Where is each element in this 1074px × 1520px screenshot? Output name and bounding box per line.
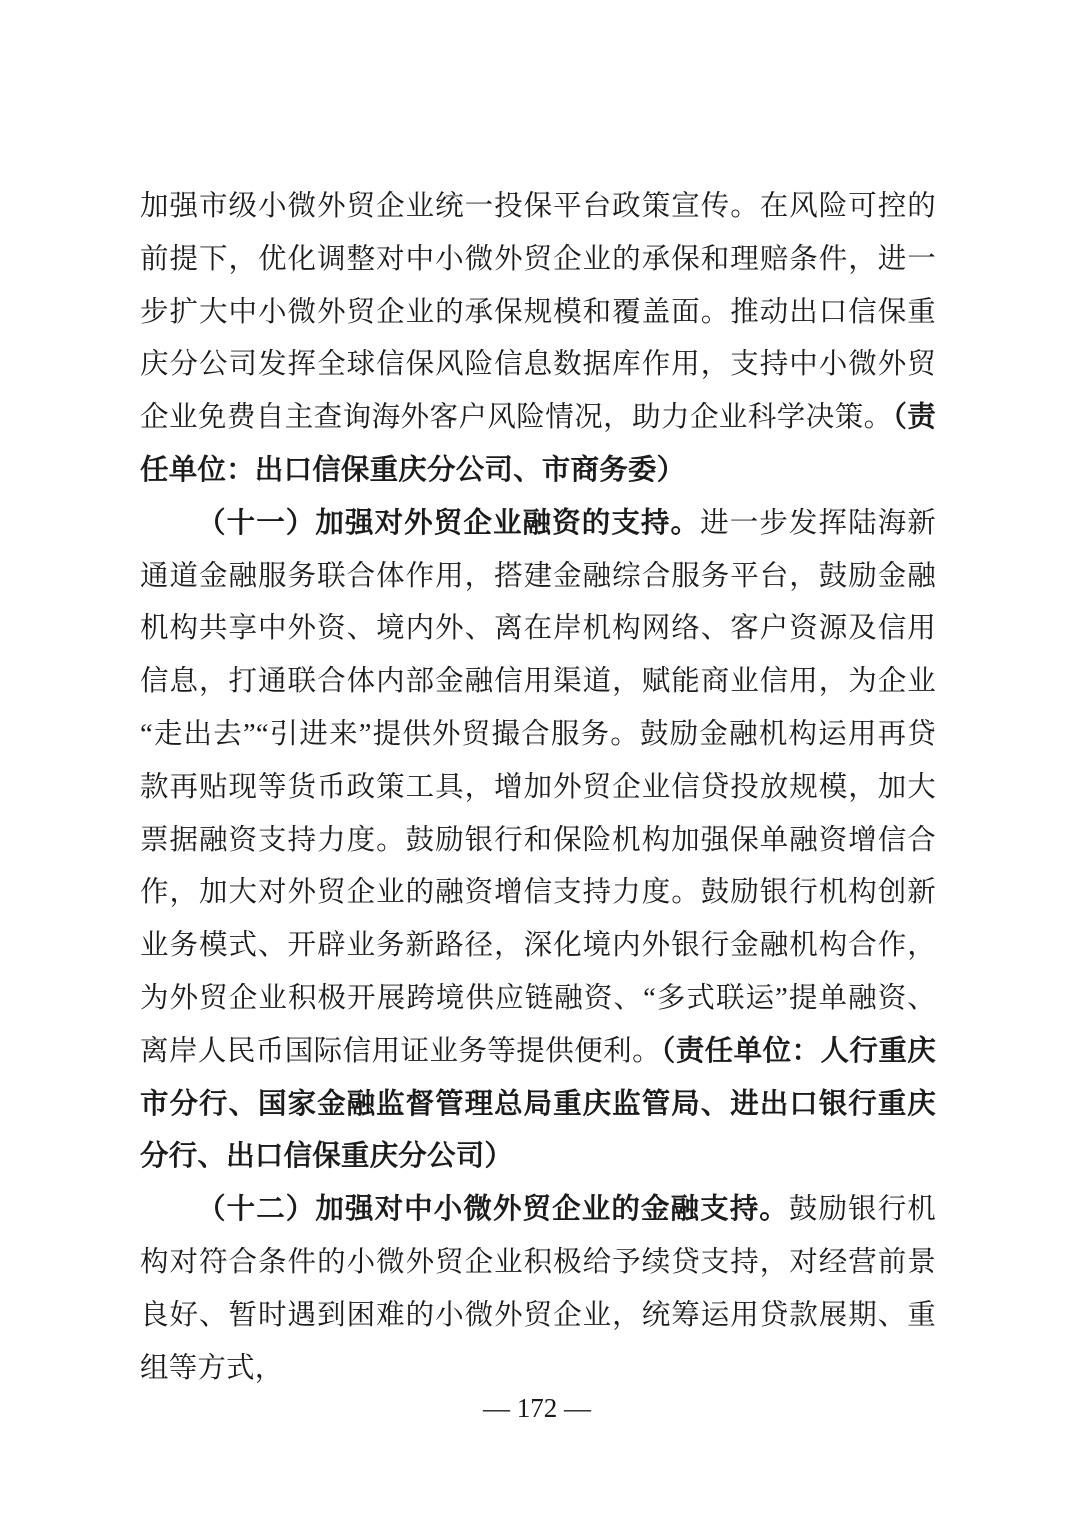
page-number: — 172 — [0, 1388, 1074, 1428]
document-page: 加强市级小微外贸企业统一投保平台政策宣传。在风险可控的前提下，优化调整对中小微外… [0, 0, 1074, 1520]
paragraph-item-11: （十一）加强对外贸企业融资的支持。进一步发挥陆海新通道金融服务联合体作用，搭建金… [140, 498, 936, 1184]
page-body: 加强市级小微外贸企业统一投保平台政策宣传。在风险可控的前提下，优化调整对中小微外… [140, 181, 936, 1395]
item-heading: （十一）加强对外贸企业融资的支持。 [197, 508, 700, 539]
item-heading: （十二）加强对中小微外贸企业的金融支持。 [197, 1194, 789, 1225]
paragraph-item-12: （十二）加强对中小微外贸企业的金融支持。鼓励银行机构对符合条件的小微外贸企业积极… [140, 1184, 936, 1395]
paragraph-continuation: 加强市级小微外贸企业统一投保平台政策宣传。在风险可控的前提下，优化调整对中小微外… [140, 181, 936, 498]
paragraph-text: 加强市级小微外贸企业统一投保平台政策宣传。在风险可控的前提下，优化调整对中小微外… [140, 191, 936, 433]
paragraph-text: 进一步发挥陆海新通道金融服务联合体作用，搭建金融综合服务平台，鼓励金融机构共享中… [140, 508, 936, 1067]
